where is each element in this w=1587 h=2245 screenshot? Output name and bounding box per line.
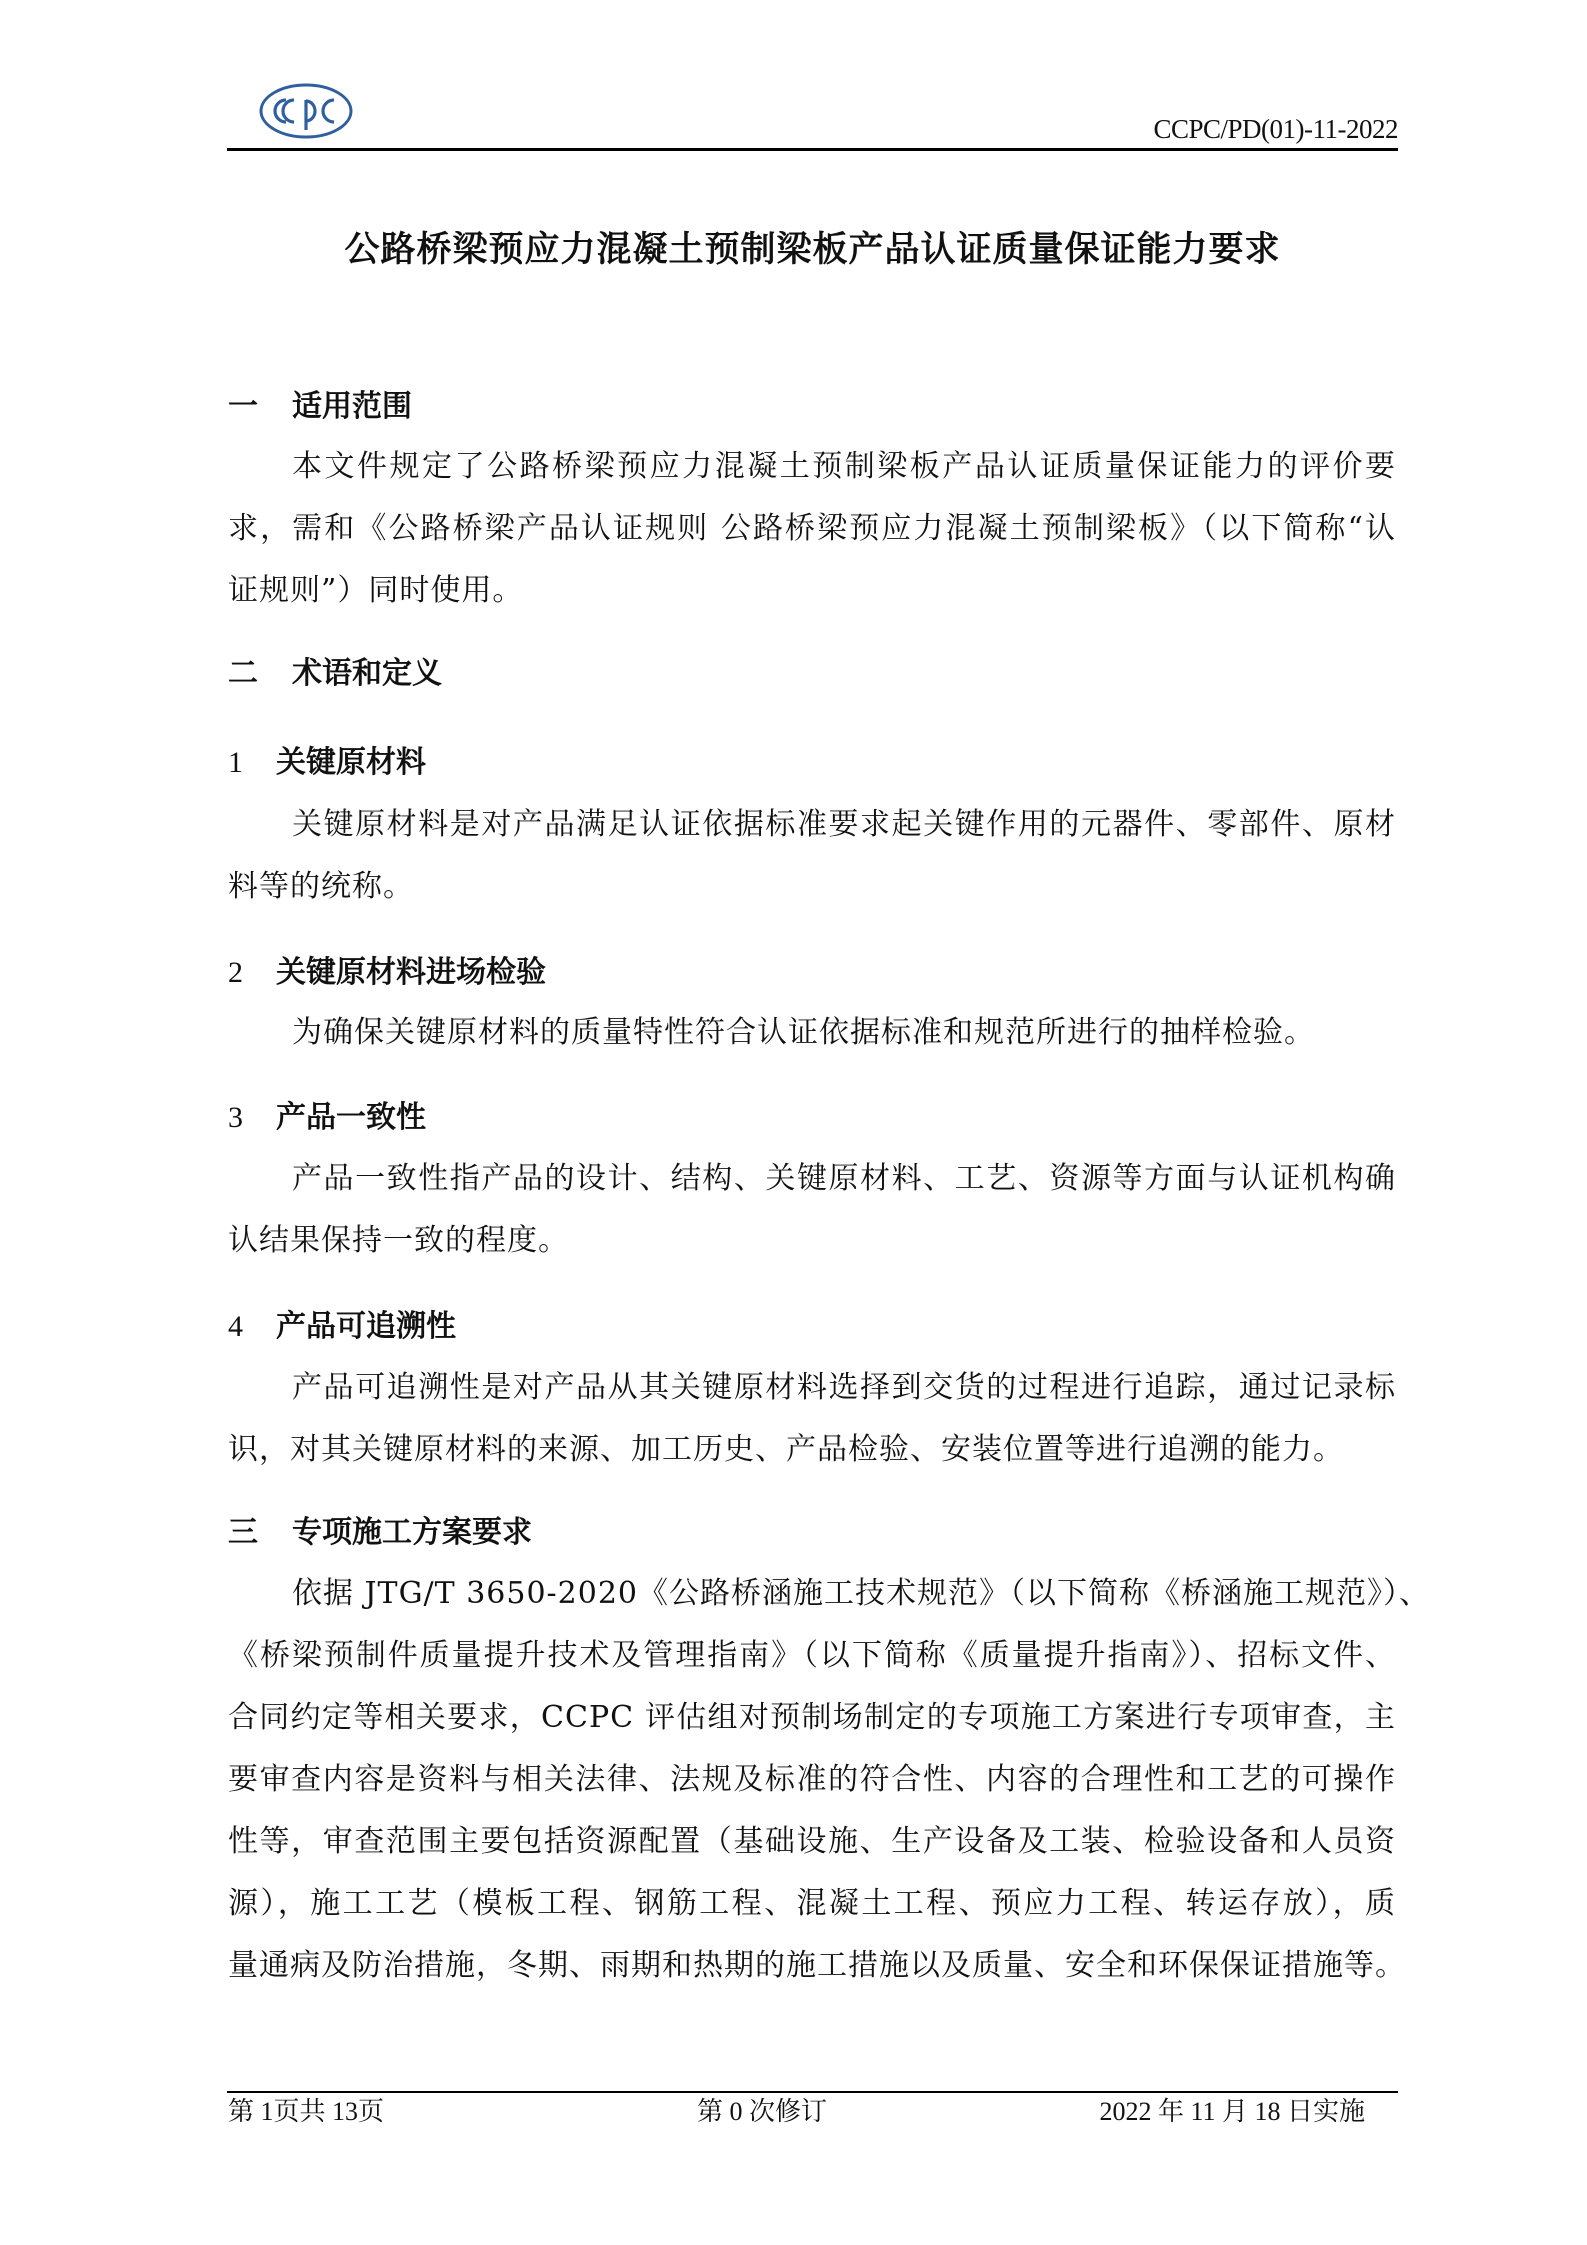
paragraph-line: 证规则”）同时使用。 xyxy=(228,573,1396,609)
ccpc-logo-icon xyxy=(258,82,354,140)
paragraph-line: 源），施工工艺（模板工程、钢筋工程、混凝土工程、预应力工程、转运存放），质 xyxy=(228,1886,1396,1922)
paragraph-line: 量通病及防治措施，冬期、雨期和热期的施工措施以及质量、安全和环保保证措施等。 xyxy=(228,1948,1396,1984)
document-title: 公路桥梁预应力混凝土预制梁板产品认证质量保证能力要求 xyxy=(227,228,1398,272)
header-divider xyxy=(227,148,1398,151)
paragraph-line: 要审查内容是资料与相关法律、法规及标准的符合性、内容的合理性和工艺的可操作 xyxy=(228,1762,1396,1798)
section-number: 一 xyxy=(228,389,292,425)
document-page: CCPC/PD(01)-11-2022 公路桥梁预应力混凝土预制梁板产品认证质量… xyxy=(0,0,1587,2245)
paragraph-line: 合同约定等相关要求，CCPC 评估组对预制场制定的专项施工方案进行专项审查，主 xyxy=(228,1700,1396,1736)
subsection-number: 2 xyxy=(228,955,276,991)
paragraph-line: 求，需和《公路桥梁产品认证规则 公路桥梁预应力混凝土预制梁板》（以下简称“认 xyxy=(228,511,1396,547)
section-heading-construction-plan: 三专项施工方案要求 xyxy=(228,1515,532,1551)
section-title: 术语和定义 xyxy=(292,656,442,691)
subsection-heading-traceability: 4产品可追溯性 xyxy=(228,1309,456,1345)
document-code: CCPC/PD(01)-11-2022 xyxy=(1153,114,1398,144)
section-heading-scope: 一适用范围 xyxy=(228,389,412,425)
subsection-title: 产品可追溯性 xyxy=(276,1309,456,1344)
subsection-heading-consistency: 3产品一致性 xyxy=(228,1100,426,1136)
paragraph-line: 依据 JTG/T 3650-2020《公路桥涵施工技术规范》（以下简称《桥涵施工… xyxy=(292,1576,1396,1612)
paragraph-line: 产品一致性指产品的设计、结构、关键原材料、工艺、资源等方面与认证机构确 xyxy=(292,1161,1396,1197)
subsection-title: 关键原材料 xyxy=(276,745,426,780)
section-number: 二 xyxy=(228,656,292,692)
section-title: 适用范围 xyxy=(292,389,412,424)
subsection-number: 1 xyxy=(228,745,276,781)
paragraph-line: 产品可追溯性是对产品从其关键原材料选择到交货的过程进行追踪，通过记录标 xyxy=(292,1370,1396,1406)
footer-divider xyxy=(227,2091,1398,2093)
section-heading-terms: 二术语和定义 xyxy=(228,656,442,692)
subsection-heading-key-materials: 1关键原材料 xyxy=(228,745,426,781)
section-title: 专项施工方案要求 xyxy=(292,1515,532,1550)
subsection-title: 关键原材料进场检验 xyxy=(276,955,546,990)
subsection-heading-incoming-inspection: 2关键原材料进场检验 xyxy=(228,955,546,991)
paragraph-line: 认结果保持一致的程度。 xyxy=(228,1223,1396,1259)
revision-info: 第 0 次修订 xyxy=(697,2096,827,2128)
page-info: 第 1页共 13页 xyxy=(228,2096,384,2128)
paragraph-line: 《桥梁预制件质量提升技术及管理指南》（以下简称《质量提升指南》）、招标文件、 xyxy=(228,1638,1396,1674)
paragraph-line: 性等，审查范围主要包括资源配置（基础设施、生产设备及工装、检验设备和人员资 xyxy=(228,1824,1396,1860)
paragraph-line: 料等的统称。 xyxy=(228,869,1396,905)
paragraph-line: 识，对其关键原材料的来源、加工历史、产品检验、安装位置等进行追溯的能力。 xyxy=(228,1432,1396,1468)
paragraph-line: 关键原材料是对产品满足认证依据标准要求起关键作用的元器件、零部件、原材 xyxy=(292,807,1396,843)
subsection-number: 4 xyxy=(228,1309,276,1345)
paragraph-line: 为确保关键原材料的质量特性符合认证依据标准和规范所进行的抽样检验。 xyxy=(292,1015,1396,1051)
effective-date: 2022 年 11 月 18 日实施 xyxy=(1099,2096,1365,2128)
section-number: 三 xyxy=(228,1515,292,1551)
subsection-number: 3 xyxy=(228,1100,276,1136)
paragraph-line: 本文件规定了公路桥梁预应力混凝土预制梁板产品认证质量保证能力的评价要 xyxy=(292,449,1396,485)
subsection-title: 产品一致性 xyxy=(276,1100,426,1135)
